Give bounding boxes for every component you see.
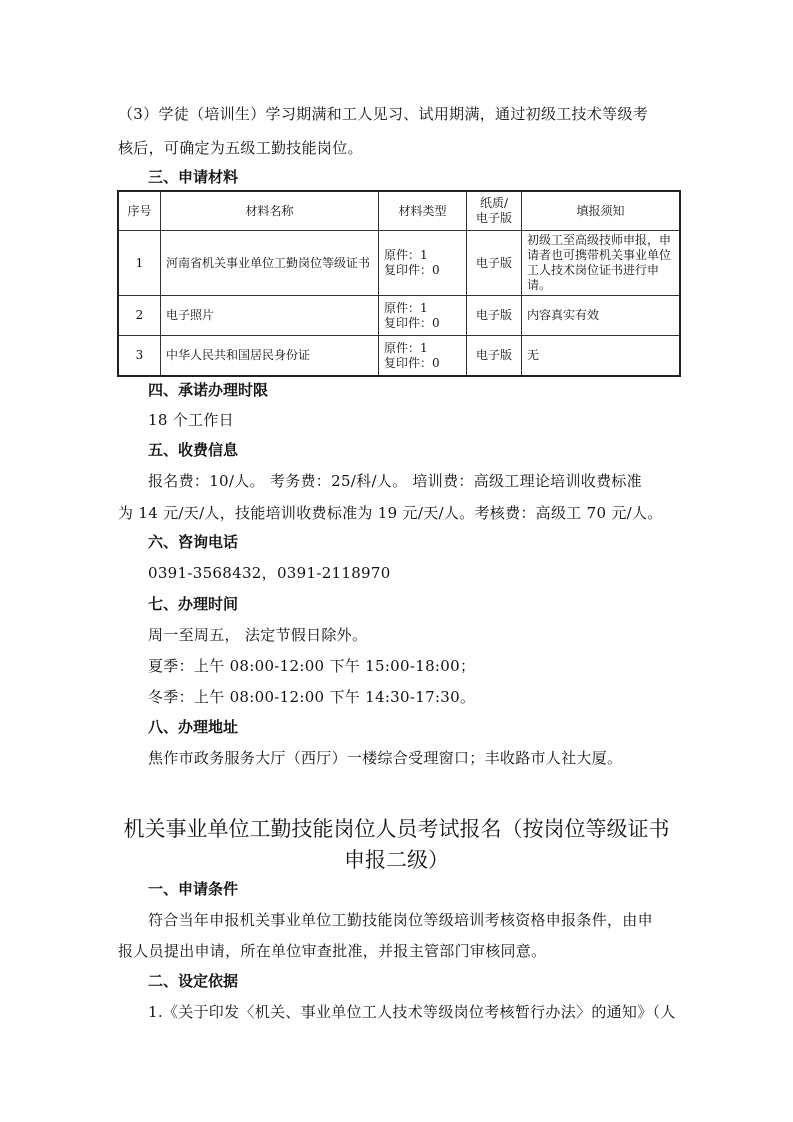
table-row: 1 河南省机关事业单位工勤岗位等级证书 原件：1 复印件：0 电子版 初级工至高…	[118, 231, 680, 296]
cell-name: 中华人民共和国居民身份证	[161, 336, 379, 377]
hours-days: 周一至周五， 法定节假日除外。	[148, 625, 367, 645]
cell-name: 河南省机关事业单位工勤岗位等级证书	[161, 231, 379, 296]
fees-line-2: 为 14 元/天/人，技能培训收费标准为 19 元/天/人。考核费：高级工 70…	[118, 503, 663, 523]
fees-line-1: 报名费：10/人。 考务费：25/科/人。 培训费：高级工理论培训收费标准	[148, 471, 642, 491]
col-header-note: 填报须知	[522, 191, 681, 231]
type-original: 原件：1	[384, 248, 461, 263]
intro-line-2: 核后，可确定为五级工勤技能岗位。	[118, 138, 363, 158]
section-heading-address: 八、办理地址	[148, 717, 238, 737]
type-copy: 复印件：0	[384, 263, 461, 278]
section-heading-hours: 七、办理时间	[148, 594, 238, 614]
section-heading-materials: 三、申请材料	[148, 167, 238, 187]
address-text: 焦作市政务服务大厅（西厅）一楼综合受理窗口；丰收路市人社大厦。	[148, 748, 622, 768]
cell-medium: 电子版	[467, 336, 522, 377]
section-heading-conditions: 一、申请条件	[148, 879, 238, 899]
type-original: 原件：1	[384, 301, 461, 316]
table-header-row: 序号 材料名称 材料类型 纸质/电子版 填报须知	[118, 191, 680, 231]
col-header-no: 序号	[118, 191, 161, 231]
cell-no: 3	[118, 336, 161, 377]
section-heading-phone: 六、咨询电话	[148, 532, 238, 552]
col-header-type: 材料类型	[379, 191, 467, 231]
hours-summer: 夏季：上午 08:00-12:00 下午 15:00-18:00；	[148, 656, 475, 676]
conditions-line-1: 符合当年申报机关事业单位工勤技能岗位等级培训考核资格申报条件，由申	[148, 910, 653, 930]
cell-no: 2	[118, 296, 161, 336]
col-header-name: 材料名称	[161, 191, 379, 231]
intro-line-1: （3）学徒（培训生）学习期满和工人见习、试用期满，通过初级工技术等级考	[118, 104, 648, 124]
type-original: 原件：1	[384, 341, 461, 356]
hours-winter: 冬季：上午 08:00-12:00 下午 14:30-17:30。	[148, 687, 475, 707]
materials-table: 序号 材料名称 材料类型 纸质/电子版 填报须知 1 河南省机关事业单位工勤岗位…	[117, 190, 681, 377]
phone-text: 0391-3568432，0391-2118970	[148, 563, 391, 583]
section-heading-fees: 五、收费信息	[148, 440, 238, 460]
cell-no: 1	[118, 231, 161, 296]
type-copy: 复印件：0	[384, 316, 461, 331]
section-heading-time-limit: 四、承诺办理时限	[148, 380, 268, 400]
cell-type: 原件：1 复印件：0	[379, 336, 467, 377]
cell-type: 原件：1 复印件：0	[379, 296, 467, 336]
cell-medium: 电子版	[467, 296, 522, 336]
col-header-medium: 纸质/电子版	[467, 191, 522, 231]
cell-note: 初级工至高级技师申报，申请者也可携带机关事业单位工人技术岗位证书进行申请。	[522, 231, 681, 296]
next-item-title-line-2: 申报二级）	[0, 845, 793, 875]
type-copy: 复印件：0	[384, 356, 461, 371]
cell-type: 原件：1 复印件：0	[379, 231, 467, 296]
time-limit-text: 18 个工作日	[148, 410, 234, 430]
table-row: 2 电子照片 原件：1 复印件：0 电子版 内容真实有效	[118, 296, 680, 336]
cell-note: 内容真实有效	[522, 296, 681, 336]
next-item-title-line-1: 机关事业单位工勤技能岗位人员考试报名（按岗位等级证书	[0, 814, 793, 844]
section-heading-basis: 二、设定依据	[148, 971, 238, 991]
basis-line-1: 1.《关于印发〈机关、事业单位工人技术等级岗位考核暂行办法〉的通知》（人	[148, 1002, 676, 1022]
cell-note: 无	[522, 336, 681, 377]
cell-name: 电子照片	[161, 296, 379, 336]
cell-medium: 电子版	[467, 231, 522, 296]
conditions-line-2: 报人员提出申请，所在单位审查批准，并报主管部门审核同意。	[118, 941, 546, 961]
table-row: 3 中华人民共和国居民身份证 原件：1 复印件：0 电子版 无	[118, 336, 680, 377]
